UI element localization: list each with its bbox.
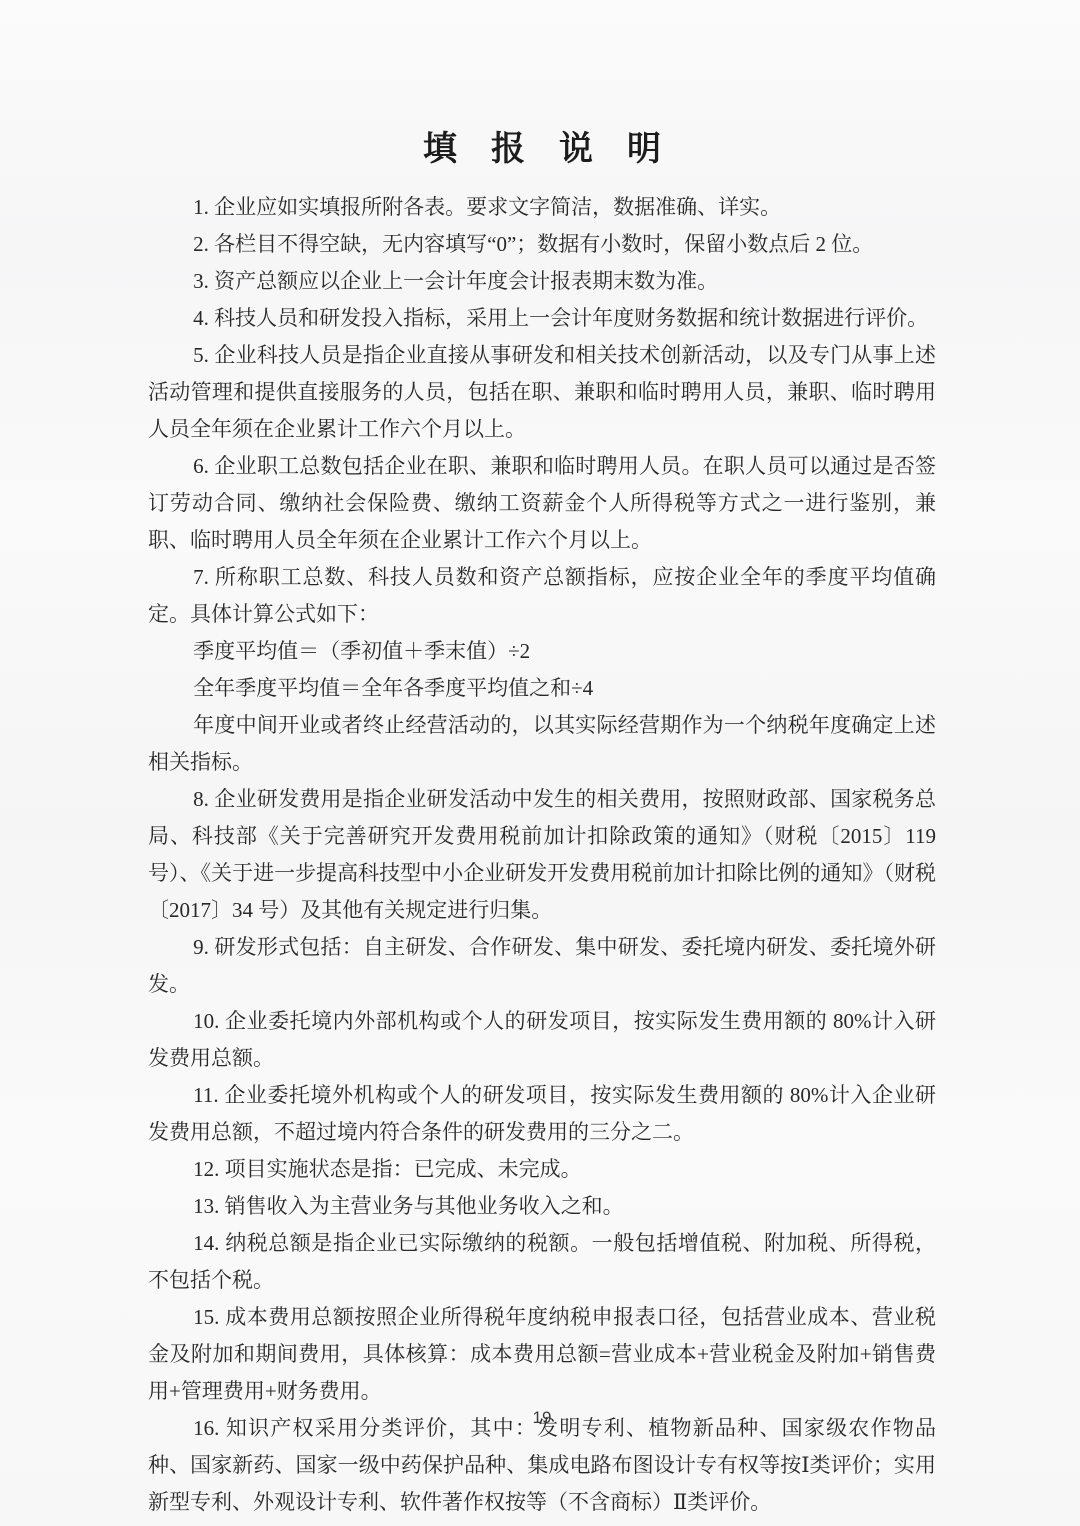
instruction-item-1: 1. 企业应如实填报所附各表。要求文字简洁，数据准确、详实。 bbox=[148, 189, 936, 226]
instruction-item-10: 10. 企业委托境内外部机构或个人的研发项目，按实际发生费用额的 80%计入研发… bbox=[148, 1003, 936, 1077]
instruction-item-4: 4. 科技人员和研发投入指标，采用上一会计年度财务数据和统计数据进行评价。 bbox=[148, 300, 936, 337]
instruction-item-8: 8. 企业研发费用是指企业研发活动中发生的相关费用，按照财政部、国家税务总局、科… bbox=[148, 781, 936, 929]
instruction-item-9: 9. 研发形式包括：自主研发、合作研发、集中研发、委托境内研发、委托境外研发。 bbox=[148, 929, 936, 1003]
instruction-item-12: 12. 项目实施状态是指：已完成、未完成。 bbox=[148, 1151, 936, 1188]
instruction-item-11: 11. 企业委托境外机构或个人的研发项目，按实际发生费用额的 80%计入企业研发… bbox=[148, 1077, 936, 1151]
instruction-item-2: 2. 各栏目不得空缺，无内容填写“0”；数据有小数时，保留小数点后 2 位。 bbox=[148, 226, 936, 263]
instructions-body: 填 报 说 明 1. 企业应如实填报所附各表。要求文字简洁，数据准确、详实。 2… bbox=[148, 126, 936, 1521]
note-mid-year-operation: 年度中间开业或者终止经营活动的，以其实际经营期作为一个纳税年度确定上述相关指标。 bbox=[148, 707, 936, 781]
document-page: 填 报 说 明 1. 企业应如实填报所附各表。要求文字简洁，数据准确、详实。 2… bbox=[0, 0, 1080, 1526]
page-number: 19 bbox=[148, 1408, 936, 1428]
instruction-item-13: 13. 销售收入为主营业务与其他业务收入之和。 bbox=[148, 1188, 936, 1225]
instruction-item-15: 15. 成本费用总额按照企业所得税年度纳税申报表口径，包括营业成本、营业税金及附… bbox=[148, 1299, 936, 1410]
formula-quarter-average: 季度平均值＝（季初值＋季末值）÷2 bbox=[148, 633, 936, 670]
instruction-item-7: 7. 所称职工总数、科技人员数和资产总额指标，应按企业全年的季度平均值确定。具体… bbox=[148, 559, 936, 633]
instruction-item-5: 5. 企业科技人员是指企业直接从事研发和相关技术创新活动，以及专门从事上述活动管… bbox=[148, 337, 936, 448]
instruction-item-3: 3. 资产总额应以企业上一会计年度会计报表期末数为准。 bbox=[148, 263, 936, 300]
instruction-item-6: 6. 企业职工总数包括企业在职、兼职和临时聘用人员。在职人员可以通过是否签订劳动… bbox=[148, 448, 936, 559]
instruction-item-14: 14. 纳税总额是指企业已实际缴纳的税额。一般包括增值税、附加税、所得税，不包括… bbox=[148, 1225, 936, 1299]
formula-annual-average: 全年季度平均值＝全年各季度平均值之和÷4 bbox=[148, 670, 936, 707]
page-title: 填 报 说 明 bbox=[148, 126, 936, 174]
